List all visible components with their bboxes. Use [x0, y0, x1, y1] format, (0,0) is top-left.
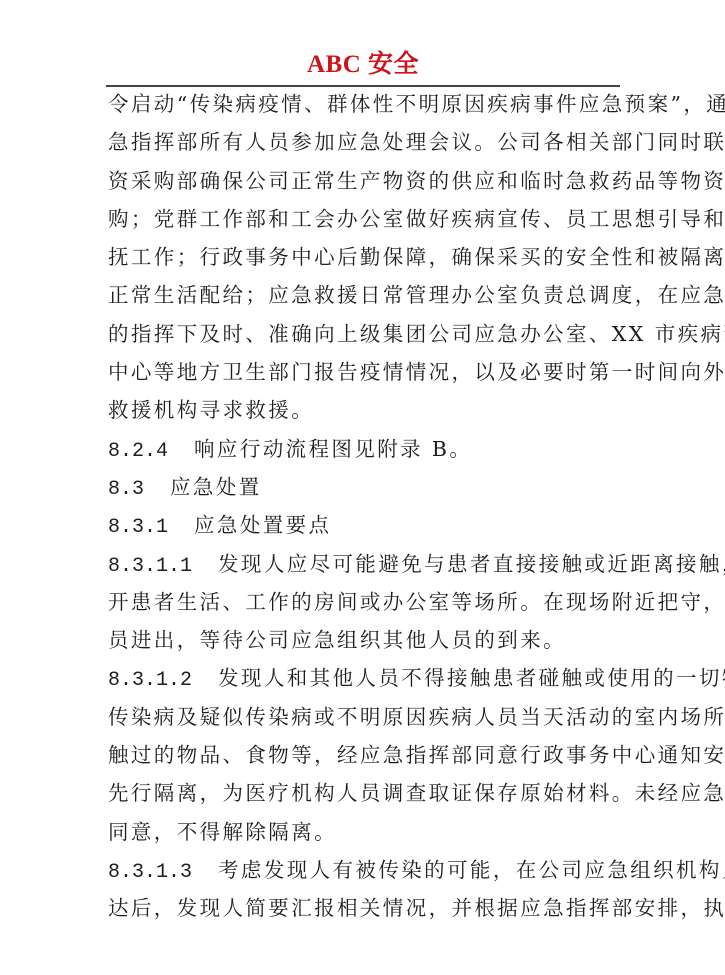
body-line: 触过的物品、食物等，经应急指挥部同意行政事务中心通知安健环部: [108, 736, 628, 774]
body-line: 令启动“传染病疫情、群体性不明原因疾病事件应急预案”，通知应: [108, 85, 628, 123]
document-body: 令启动“传染病疫情、群体性不明原因疾病事件应急预案”，通知应 急指挥部所有人员参…: [108, 85, 628, 928]
body-line: 传染病及疑似传染病或不明原因疾病人员当天活动的室内场所及接: [108, 698, 628, 736]
clause-number: 8.3.1.3: [108, 861, 192, 884]
clause-text: 发现人应尽可能避免与患者直接接触或近距离接触，并离: [218, 552, 725, 576]
section-title: 应急处置: [170, 475, 262, 499]
clause-text: 考虑发现人有被传染的可能，在公司应急组织机构人员到: [218, 858, 725, 882]
page-header: ABC 安全: [106, 44, 620, 88]
document-header-title: ABC 安全: [106, 50, 620, 80]
clause-8-3-1-1: 8.3.1.1发现人应尽可能避免与患者直接接触或近距离接触，并离: [108, 545, 628, 583]
section-title: 应急处置要点: [194, 513, 331, 537]
clause-8-3-1-3: 8.3.1.3考虑发现人有被传染的可能，在公司应急组织机构人员到: [108, 851, 628, 889]
section-heading-8-3-1: 8.3.1应急处置要点: [108, 506, 628, 544]
section-number: 8.2.4: [108, 440, 168, 463]
clause-number: 8.3.1.1: [108, 555, 192, 578]
body-line: 购；党群工作部和工会办公室做好疾病宣传、员工思想引导和善后安: [108, 200, 628, 238]
body-line: 先行隔离，为医疗机构人员调查取证保存原始材料。未经应急指挥部: [108, 774, 628, 812]
section-heading-8-3: 8.3应急处置: [108, 468, 628, 506]
section-heading-8-2-4: 8.2.4响应行动流程图见附录 B。: [108, 430, 628, 468]
body-line: 员进出，等待公司应急组织其他人员的到来。: [108, 621, 628, 659]
body-line: 的指挥下及时、准确向上级集团公司应急办公室、XX 市疾病预防控制: [108, 315, 628, 353]
body-line: 达后，发现人简要汇报相关情况，并根据应急指挥部安排，执行预防: [108, 889, 628, 927]
body-line: 急指挥部所有人员参加应急处理会议。公司各相关部门同时联动，物: [108, 123, 628, 161]
body-line: 同意，不得解除隔离。: [108, 813, 628, 851]
body-line: 正常生活配给；应急救援日常管理办公室负责总调度，在应急指挥部: [108, 276, 628, 314]
body-line: 资采购部确保公司正常生产物资的供应和临时急救药品等物资的采: [108, 162, 628, 200]
section-number: 8.3.1: [108, 516, 168, 539]
body-line: 救援机构寻求救援。: [108, 391, 628, 429]
body-line: 开患者生活、工作的房间或办公室等场所。在现场附近把守，防止人: [108, 583, 628, 621]
clause-number: 8.3.1.2: [108, 669, 192, 692]
section-number: 8.3: [108, 478, 144, 501]
body-line: 抚工作；行政事务中心后勤保障，确保采买的安全性和被隔离员工的: [108, 238, 628, 276]
clause-8-3-1-2: 8.3.1.2发现人和其他人员不得接触患者碰触或使用的一切物品。: [108, 659, 628, 697]
body-line: 中心等地方卫生部门报告疫情情况，以及必要时第一时间向外部应急: [108, 353, 628, 391]
clause-text: 发现人和其他人员不得接触患者碰触或使用的一切物品。: [218, 666, 725, 690]
section-text: 响应行动流程图见附录 B。: [194, 437, 472, 461]
